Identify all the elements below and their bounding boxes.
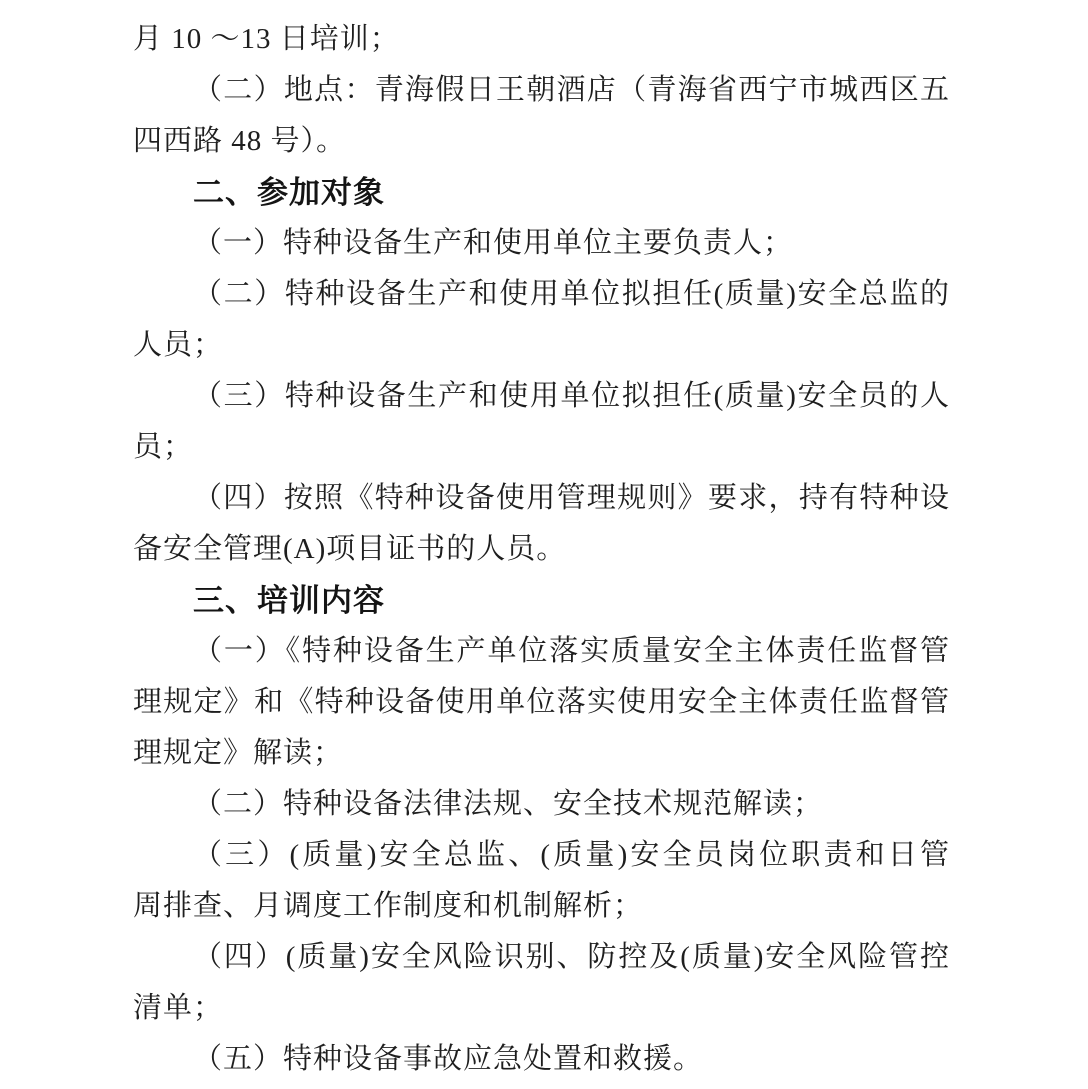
document-line: （三）(质量)安全总监、(质量)安全员岗位职责和日管控、 [133, 830, 950, 881]
document-line: 清单； [133, 983, 950, 1034]
document-line: 理规定》和《特种设备使用单位落实使用安全主体责任监督管 [133, 677, 950, 728]
document-line: （三）特种设备生产和使用单位拟担任(质量)安全员的人 [133, 371, 950, 422]
document-line: 备安全管理(A)项目证书的人员。 [133, 524, 950, 575]
document-line: （四）(质量)安全风险识别、防控及(质量)安全风险管控 [133, 932, 950, 983]
document-line: （四）按照《特种设备使用管理规则》要求，持有特种设 [133, 473, 950, 524]
document-line: 周排查、月调度工作制度和机制解析； [133, 881, 950, 932]
document-line: 员； [133, 422, 950, 473]
section-heading: 二、参加对象 [133, 167, 950, 218]
document-line: （二）特种设备法律法规、安全技术规范解读； [133, 779, 950, 830]
document-line: （五）特种设备事故应急处置和救援。 [133, 1034, 950, 1085]
document-line: （一）《特种设备生产单位落实质量安全主体责任监督管 [133, 626, 950, 677]
document-line: （二）地点：青海假日王朝酒店（青海省西宁市城西区五 [133, 65, 950, 116]
document-line: 月 10 ～13 日培训； [133, 14, 950, 65]
document-page: { "page": { "background": "#ffffff", "te… [0, 0, 1088, 1089]
document-line: （一）特种设备生产和使用单位主要负责人； [133, 218, 950, 269]
document-line: 四西路 48 号）。 [133, 116, 950, 167]
document-content: 月 10 ～13 日培训；（二）地点：青海假日王朝酒店（青海省西宁市城西区五四西… [0, 0, 1088, 1089]
section-heading: 三、培训内容 [133, 575, 950, 626]
document-line: （二）特种设备生产和使用单位拟担任(质量)安全总监的 [133, 269, 950, 320]
document-line: 理规定》解读； [133, 728, 950, 779]
document-line: 人员； [133, 320, 950, 371]
